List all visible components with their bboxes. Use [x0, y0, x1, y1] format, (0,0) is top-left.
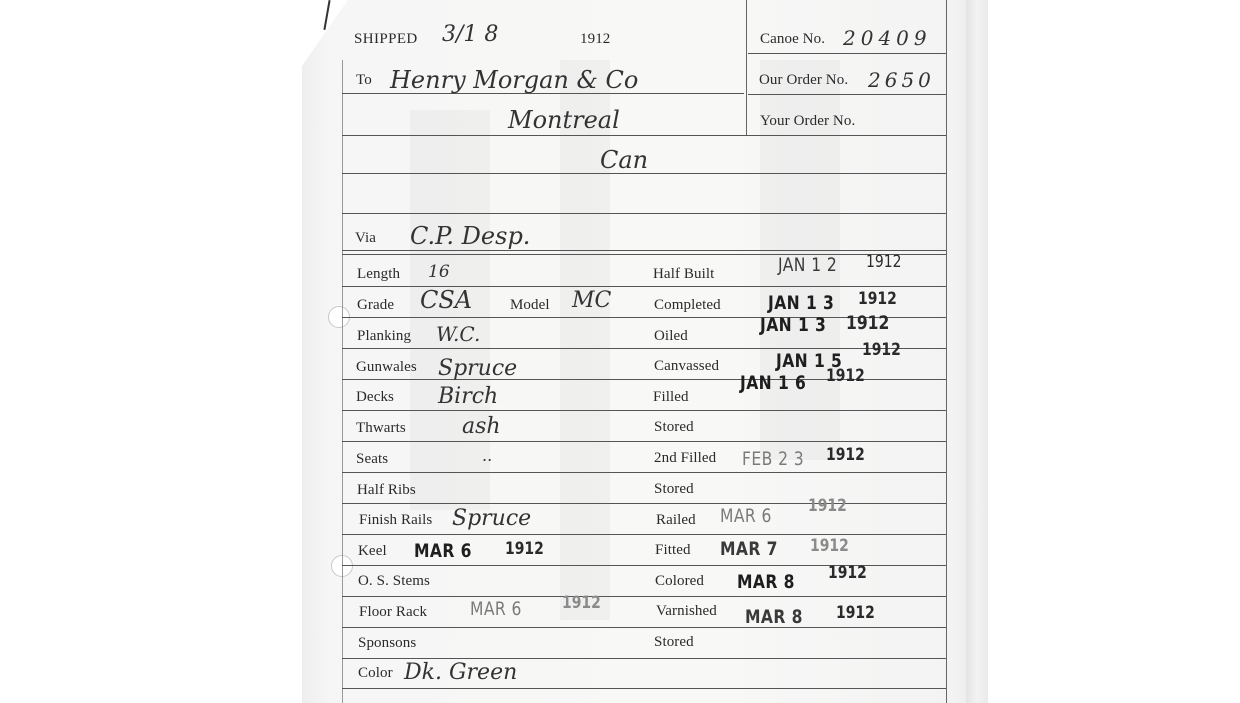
- gunwales-value: Spruce: [438, 356, 517, 381]
- rule: [342, 503, 946, 504]
- header-divider: [746, 0, 747, 135]
- rule: [342, 348, 946, 349]
- railed-stamp: MAR 6: [720, 505, 772, 527]
- via-label: Via: [355, 230, 376, 247]
- show-through: [560, 60, 610, 620]
- folded-corner: [302, 0, 348, 66]
- rule: [748, 53, 946, 54]
- keel-label: Keel: [358, 543, 387, 560]
- sponsons-label: Sponsons: [358, 635, 416, 652]
- model-value: MC: [572, 288, 611, 313]
- seats-value: ..: [482, 446, 492, 465]
- rule: [342, 688, 946, 689]
- second-filled-label: 2nd Filled: [654, 450, 716, 467]
- rule: [342, 658, 946, 659]
- finish-rails-label: Finish Rails: [359, 512, 432, 529]
- seats-label: Seats: [356, 451, 388, 468]
- completed-label: Completed: [654, 297, 721, 314]
- planking-label: Planking: [357, 328, 411, 345]
- stored-label-3: Stored: [654, 634, 694, 651]
- colored-label: Colored: [655, 573, 704, 590]
- varnished-stamp-year: 1912: [836, 603, 875, 623]
- rule: [342, 250, 946, 251]
- half-built-label: Half Built: [653, 266, 714, 283]
- grade-label: Grade: [357, 297, 394, 314]
- to-label: To: [356, 72, 372, 89]
- gunwales-label: Gunwales: [356, 359, 417, 376]
- keel-stamp: MAR 6: [414, 540, 472, 562]
- rule: [748, 94, 946, 95]
- completed-stamp-year: 1912: [858, 289, 897, 309]
- filled-stamp: JAN 1 6: [740, 372, 806, 394]
- filled-stamp-year: 1912: [826, 366, 865, 386]
- keel-stamp-year: 1912: [505, 539, 544, 559]
- canoe-no-label: Canoe No.: [760, 31, 825, 48]
- railed-stamp-year: 1912: [808, 496, 847, 516]
- stored-label-1: Stored: [654, 419, 694, 436]
- rule: [342, 254, 946, 255]
- second-filled-stamp-year: 1912: [826, 445, 865, 465]
- our-order-value: 2650: [868, 68, 935, 92]
- shipped-date: 3/1 8: [442, 22, 498, 47]
- filled-label: Filled: [653, 389, 689, 406]
- decks-label: Decks: [356, 389, 394, 406]
- oiled-stamp: JAN 1 3: [760, 314, 826, 336]
- varnished-label: Varnished: [656, 603, 717, 620]
- shipped-year: 1912: [580, 31, 610, 48]
- rule: [342, 441, 946, 442]
- to-city: Montreal: [508, 106, 620, 134]
- grade-value: CSA: [420, 286, 472, 314]
- left-border: [342, 60, 343, 703]
- rule: [342, 135, 946, 136]
- colored-stamp: MAR 8: [737, 571, 795, 593]
- half-ribs-label: Half Ribs: [357, 482, 416, 499]
- oiled-stamp-year: 1912: [846, 312, 889, 334]
- length-value: 16: [428, 262, 450, 282]
- floor-rack-label: Floor Rack: [359, 604, 427, 621]
- color-value: Dk. Green: [404, 660, 517, 685]
- floor-rack-stamp-year: 1912: [562, 593, 601, 613]
- rule: [342, 596, 946, 597]
- right-border: [946, 0, 947, 703]
- fitted-stamp-year: 1912: [810, 536, 849, 556]
- half-built-stamp: JAN 1 2: [778, 254, 837, 276]
- canvassed-label: Canvassed: [654, 358, 719, 375]
- shipped-label: SHIPPED: [354, 31, 418, 48]
- railed-label: Railed: [656, 512, 696, 529]
- rule: [342, 627, 946, 628]
- rule: [342, 534, 946, 535]
- canoe-no-value: 20409: [843, 26, 932, 50]
- fitted-label: Fitted: [655, 542, 691, 559]
- finish-rails-value: Spruce: [452, 506, 531, 531]
- os-stems-label: O. S. Stems: [358, 573, 430, 590]
- rule: [342, 410, 946, 411]
- length-label: Length: [357, 266, 400, 283]
- canvassed-stamp-year: 1912: [862, 340, 901, 360]
- varnished-stamp: MAR 8: [745, 606, 803, 628]
- your-order-label: Your Order No.: [760, 113, 855, 130]
- half-built-stamp-year: 1912: [866, 252, 901, 272]
- fitted-stamp: MAR 7: [720, 538, 778, 560]
- thwarts-value: ash: [462, 414, 501, 439]
- colored-stamp-year: 1912: [828, 563, 867, 583]
- completed-stamp: JAN 1 3: [768, 292, 834, 314]
- our-order-label: Our Order No.: [759, 72, 848, 89]
- to-name: Henry Morgan & Co: [390, 66, 638, 94]
- model-label: Model: [510, 297, 550, 314]
- stored-label-2: Stored: [654, 481, 694, 498]
- floor-rack-stamp: MAR 6: [470, 598, 522, 620]
- rule: [342, 472, 946, 473]
- planking-value: W.C.: [436, 322, 480, 346]
- second-filled-stamp: FEB 2 3: [742, 448, 804, 470]
- color-label: Color: [358, 665, 393, 682]
- paper-edge: [966, 0, 988, 703]
- thwarts-label: Thwarts: [356, 420, 406, 437]
- to-country: Can: [600, 146, 648, 174]
- oiled-label: Oiled: [654, 328, 688, 345]
- rule: [342, 213, 946, 214]
- via-value: C.P. Desp.: [410, 222, 530, 250]
- decks-value: Birch: [438, 384, 498, 409]
